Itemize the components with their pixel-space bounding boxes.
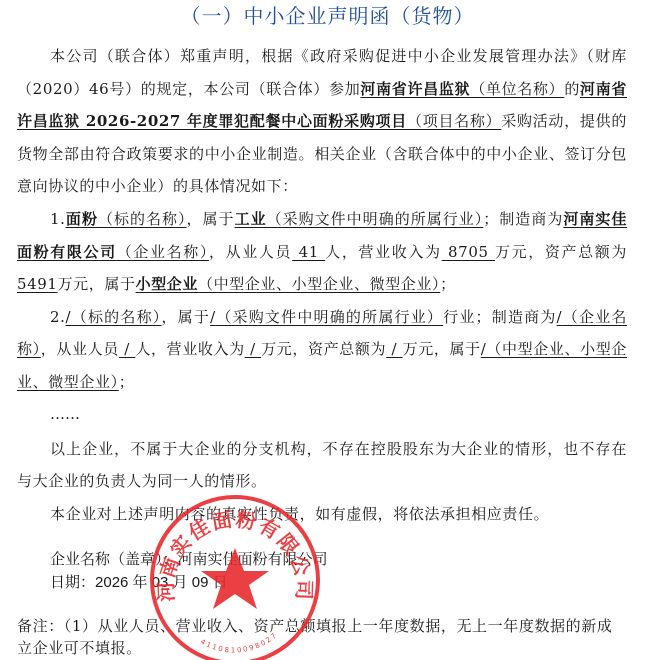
purchaser-name: 河南省许昌监狱: [360, 80, 470, 98]
item-text: ，属于: [187, 210, 235, 228]
item-text: 万元，属于: [403, 340, 481, 358]
item-text: ；: [119, 373, 135, 391]
item-text: 万元，属于: [58, 275, 136, 293]
item-text: 人，营业收入为: [135, 340, 244, 358]
intro-paragraph: 本公司（联合体）郑重声明，根据《政府采购促进中小企业发展管理办法》（财库（202…: [17, 40, 627, 203]
revenue-value: /: [245, 340, 261, 358]
purchaser-hint: （单位名称）: [470, 80, 564, 98]
item-number: 2.: [50, 308, 66, 326]
project-hint: （项目名称）: [407, 112, 501, 130]
declaration-body: 本公司（联合体）郑重声明，根据《政府采购促进中小企业发展管理办法》（财库（202…: [17, 40, 627, 530]
subject-value: 面粉: [66, 210, 98, 228]
item-text: 万元，资产总额为: [495, 243, 627, 261]
item-text: 人，营业收入为: [325, 243, 441, 261]
company-label: 企业名称（盖章）：: [50, 550, 178, 568]
remarks: 备注：（1）从业人员、营业收入、资产总额填报上一年度数据，无上一年度数据的新成立…: [17, 615, 627, 659]
industry-value: 工业: [235, 210, 267, 228]
item-text: ；制造商为: [483, 210, 563, 228]
manufacturer-hint: （企业名称）: [117, 243, 209, 261]
item-text: ；: [440, 275, 456, 293]
item-text: 万元，资产总额为: [261, 340, 386, 358]
statement-not-large-enterprise: 以上企业，不属于大企业的分支机构，不存在控股股东为大企业的情形，也不存在与大企业…: [17, 433, 627, 498]
item-text: 行业；制造商为: [443, 308, 556, 326]
employees-value: /: [119, 340, 135, 358]
scale-field: 小型企业（中型企业、小型企业、微型企业）: [136, 275, 441, 293]
item-text: ，从业人员: [41, 340, 119, 358]
subject-field: 面粉（标的名称）: [66, 210, 187, 228]
company-name: 河南实佳面粉有限公司: [178, 551, 328, 568]
revenue-value: 8705: [442, 243, 495, 261]
industry-field: 工业（采购文件中明确的所属行业）: [235, 210, 484, 228]
date-line: 日期：2026 年 03 月 09 日: [50, 571, 328, 594]
item-1: 1.面粉（标的名称），属于工业（采购文件中明确的所属行业）；制造商为河南实佳面粉…: [17, 203, 627, 301]
subject-field: /（标的名称）: [66, 308, 162, 326]
assets-value: 5491: [17, 275, 58, 293]
scale-value: 小型企业: [136, 275, 198, 293]
industry-hint: （采购文件中明确的所属行业）: [267, 210, 484, 228]
intro-connector: 的: [564, 80, 580, 98]
item-text: ，属于: [161, 308, 210, 326]
scale-hint: （中型企业、小型企业、微型企业）: [198, 275, 440, 293]
industry-hint: （采购文件中明确的所属行业）: [216, 308, 443, 326]
purchaser-field: 河南省许昌监狱（单位名称）: [360, 80, 564, 98]
page-title: （一）中小企业声明函（货物）: [0, 0, 655, 32]
industry-field: /（采购文件中明确的所属行业）: [210, 308, 443, 326]
employees-value: 41: [292, 243, 325, 261]
item-text: ，从业人员: [209, 243, 292, 261]
item-2: 2./（标的名称），属于/（采购文件中明确的所属行业）行业；制造商为/（企业名称…: [17, 301, 627, 399]
assets-value: /: [386, 340, 402, 358]
date-value: 2026 年 03 月 09 日: [95, 574, 228, 591]
signature-block: 企业名称（盖章）：河南实佳面粉有限公司 日期：2026 年 03 月 09 日: [50, 548, 328, 594]
statement-responsibility: 本企业对上述声明内容的真实性负责，如有虚假，将依法承担相应责任。: [17, 498, 627, 531]
subject-hint: （标的名称）: [98, 210, 187, 228]
date-label: 日期：: [50, 573, 95, 591]
company-line: 企业名称（盖章）：河南实佳面粉有限公司: [50, 548, 328, 571]
item-number: 1.: [50, 210, 66, 228]
ellipsis: ……: [17, 401, 627, 427]
subject-hint: （标的名称）: [71, 308, 161, 326]
